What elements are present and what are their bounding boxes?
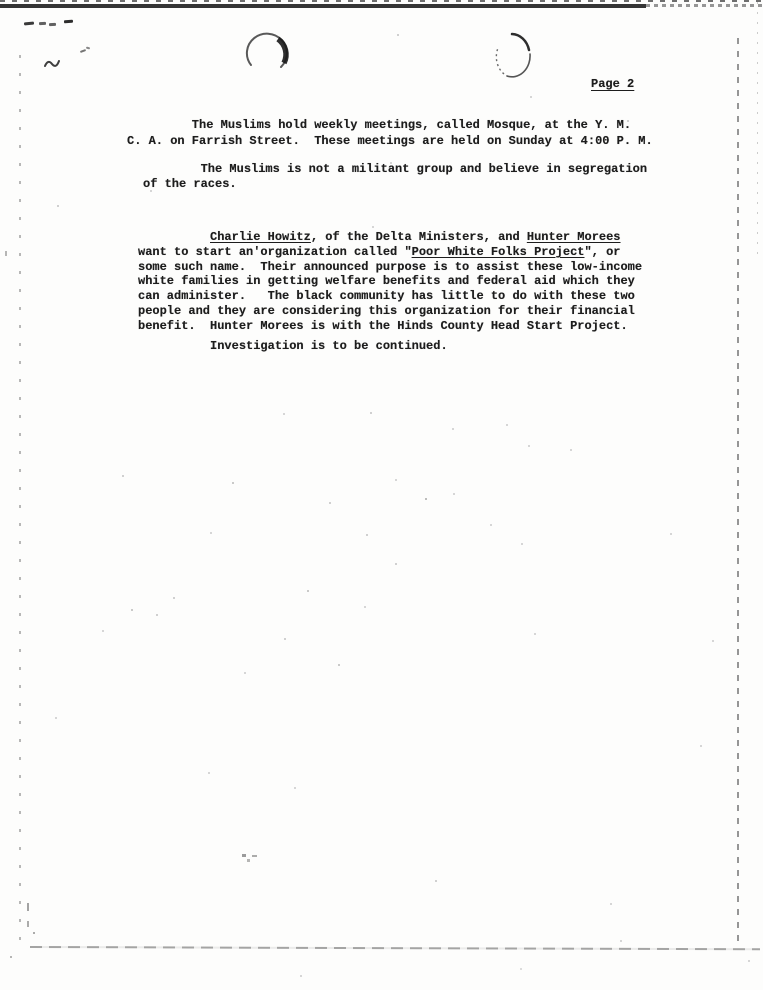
text-line: C. A. on Farrish Street. These meetings … [127,133,653,149]
scan-speck [370,412,372,414]
scan-speck [208,772,210,774]
scan-edge-artifact-right [737,38,739,948]
scan-smudge [252,855,257,857]
scan-corner-mark [27,903,29,911]
scan-speck [173,597,175,599]
scan-speck [364,606,366,608]
scan-speck [284,638,286,640]
scan-speck [627,120,629,122]
text-segment: , of the Delta Ministers, and [311,230,527,244]
scan-speck [610,903,612,905]
text-line: The Muslims is not a militant group and … [143,162,647,177]
text-segment: The Muslims hold weekly meetings, called… [127,118,631,132]
scan-speck [283,413,285,415]
text-segment: of the races. [143,177,237,191]
scan-edge-artifact-bottom [30,946,760,950]
text-segment: people and they are considering this org… [138,304,635,318]
text-segment: The Muslims is not a militant group and … [143,162,647,176]
scan-speck [366,534,368,536]
pencil-dash [49,23,56,26]
scan-speck [490,524,492,526]
scan-speck [307,590,309,592]
page-number: Page 2 [591,77,634,91]
scan-speck [55,717,57,719]
text-line: white families in getting welfare benefi… [138,274,642,289]
scan-speck [528,445,530,447]
scan-speck [102,630,104,632]
scan-edge-artifact-right-border [757,2,758,262]
punch-hole-left [242,30,292,76]
scan-corner-mark [33,932,35,934]
scanned-document-page: Page 2 The Muslims hold weekly meetings,… [0,0,763,990]
underlined-text: Poor White Folks Project [412,245,585,259]
text-line: The Muslims hold weekly meetings, called… [127,117,653,133]
scan-speck [425,498,427,500]
text-line: of the races. [143,177,647,192]
text-line: benefit. Hunter Morees is with the Hinds… [138,319,642,334]
scan-speck [530,96,532,98]
scan-speck [57,205,59,207]
pencil-dash [64,20,73,24]
scan-speck [395,479,397,481]
scan-smudge [5,251,7,256]
scan-edge-artifact-top-dots [0,0,763,2]
scan-speck [435,880,437,882]
text-line: people and they are considering this org… [138,304,642,319]
text-line: Investigation is to be continued. [138,339,448,354]
text-segment: Investigation is to be continued. [138,339,448,353]
scan-speck [300,975,302,977]
scan-speck [131,609,133,611]
scan-corner-mark [10,956,12,958]
text-segment [138,230,210,244]
scan-speck [150,190,152,192]
scan-edge-artifact-left [19,55,21,950]
scan-speck [338,664,340,666]
scan-speck [122,475,124,477]
scan-speck [712,640,714,642]
scan-speck [670,533,672,535]
pencil-dash [24,22,34,26]
scan-speck [520,968,522,970]
scan-smudge [247,859,250,862]
text-segment: benefit. Hunter Morees is with the Hinds… [138,319,628,333]
text-line: want to start an'organization called "Po… [138,245,642,260]
text-line: some such name. Their announced purpose … [138,260,642,275]
text-segment: can administer. The black community has … [138,289,635,303]
scan-speck [506,424,508,426]
scan-speck [156,614,158,616]
text-segment: ", or [584,245,620,259]
paragraph-muslim-meetings: The Muslims hold weekly meetings, called… [127,117,653,149]
text-segment: white families in getting welfare benefi… [138,274,635,288]
scan-speck [372,226,374,228]
pencil-smudge [86,47,90,50]
scan-speck [453,493,455,495]
text-segment: C. A. on Farrish Street. These meetings … [127,134,653,148]
paragraph-muslims-not-militant: The Muslims is not a militant group and … [143,162,647,192]
scan-speck [329,502,331,504]
text-line: Charlie Howitz, of the Delta Ministers, … [138,230,642,245]
text-line: can administer. The black community has … [138,289,642,304]
scan-speck [521,543,523,545]
scan-speck [452,428,454,430]
scan-speck [397,34,399,36]
punch-hole-right [490,32,536,82]
pencil-smudge [44,56,60,70]
scan-speck [748,960,750,962]
scan-speck [570,449,572,451]
scan-speck [620,940,622,942]
pencil-dash [39,22,46,25]
scan-corner-mark [27,921,29,927]
scan-speck [395,563,397,565]
scan-speck [534,633,536,635]
scan-speck [232,482,234,484]
pencil-smudge [80,49,86,53]
text-segment: some such name. Their announced purpose … [138,260,642,274]
text-segment: want to start an'organization called " [138,245,412,259]
scan-speck [294,787,296,789]
underlined-text: Hunter Morees [527,230,621,244]
paragraph-investigation-continued: Investigation is to be continued. [138,339,448,354]
paragraph-poor-white-folks-project: Charlie Howitz, of the Delta Ministers, … [138,230,642,334]
scan-speck [700,745,702,747]
scan-speck [390,162,392,164]
underlined-text: Charlie Howitz [210,230,311,244]
scan-speck [244,672,246,674]
scan-speck [210,532,212,534]
scan-edge-artifact-top-bar [0,4,646,8]
scan-smudge [242,854,246,857]
scan-edge-artifact-top-fragment [646,4,763,7]
